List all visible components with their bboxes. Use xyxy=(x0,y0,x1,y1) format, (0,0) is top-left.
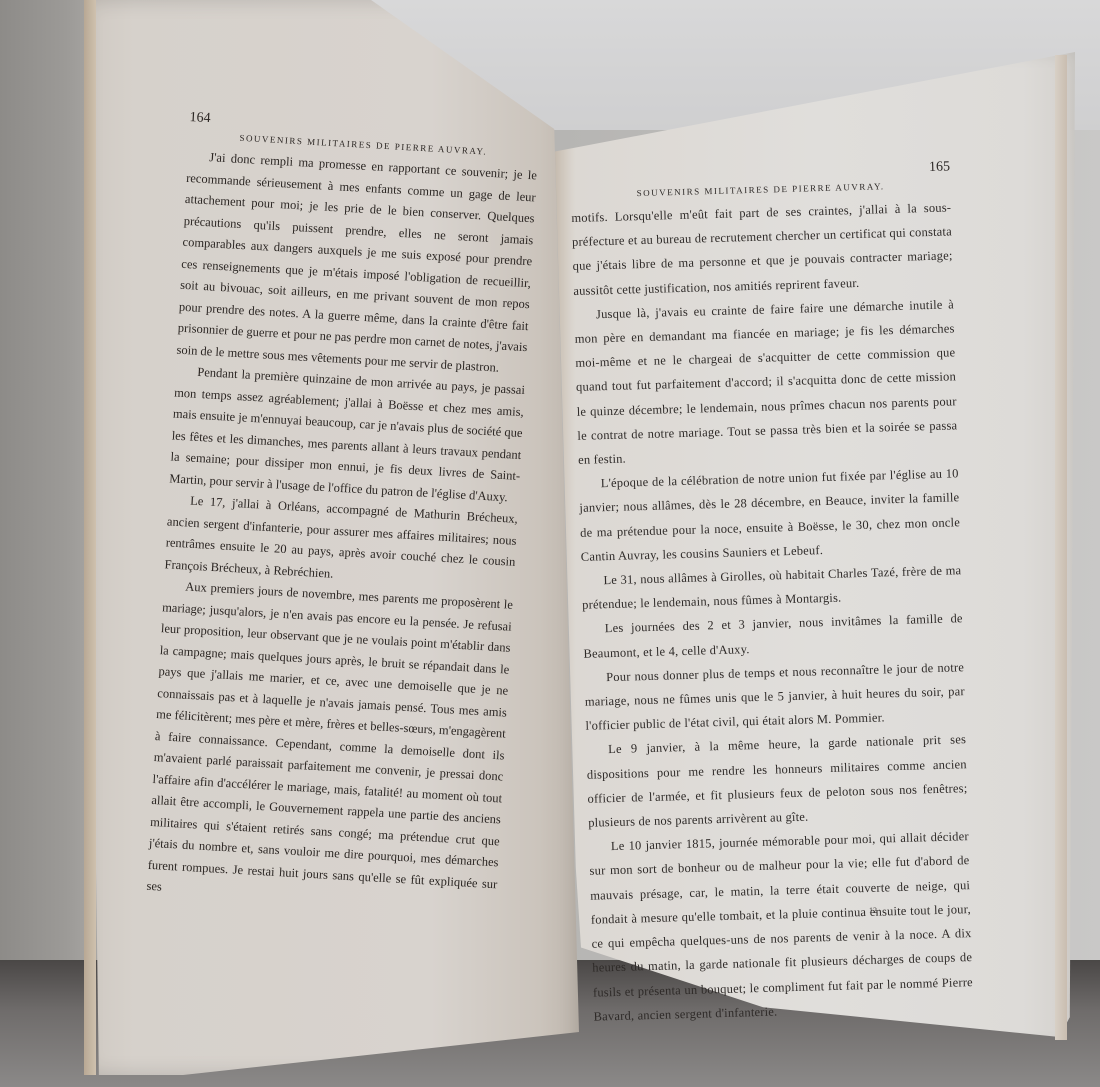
right-page-text-block: 165 Souvenirs militaires de Pierre Auvra… xyxy=(570,159,974,1028)
paragraph: J'ai donc rempli ma promesse en rapporta… xyxy=(176,146,537,380)
left-page-text-block: 164 Souvenirs militaires de Pierre Auvra… xyxy=(146,110,539,917)
paragraph: Le 10 janvier 1815, journée mémorable po… xyxy=(589,824,974,1028)
paragraph: Pour nous donner plus de temps et nous r… xyxy=(584,655,966,738)
paragraph: Jusque là, j'avais eu crainte de faire f… xyxy=(574,292,959,472)
paragraph: Le 9 janvier, à la même heure, la garde … xyxy=(586,728,969,835)
paragraph: L'époque de la célébration de notre unio… xyxy=(578,462,961,569)
signature-mark: 12 xyxy=(869,906,877,915)
left-page-edge xyxy=(84,0,96,1075)
page-number: 164 xyxy=(189,110,211,127)
paragraph: Aux premiers jours de novembre, mes pare… xyxy=(146,575,513,917)
page-number: 165 xyxy=(929,159,950,176)
right-page-edge xyxy=(1055,55,1067,1040)
paragraph: motifs. Lorsqu'elle m'eût fait part de s… xyxy=(571,195,954,302)
paragraph: Pendant la première quinzaine de mon arr… xyxy=(169,361,526,509)
